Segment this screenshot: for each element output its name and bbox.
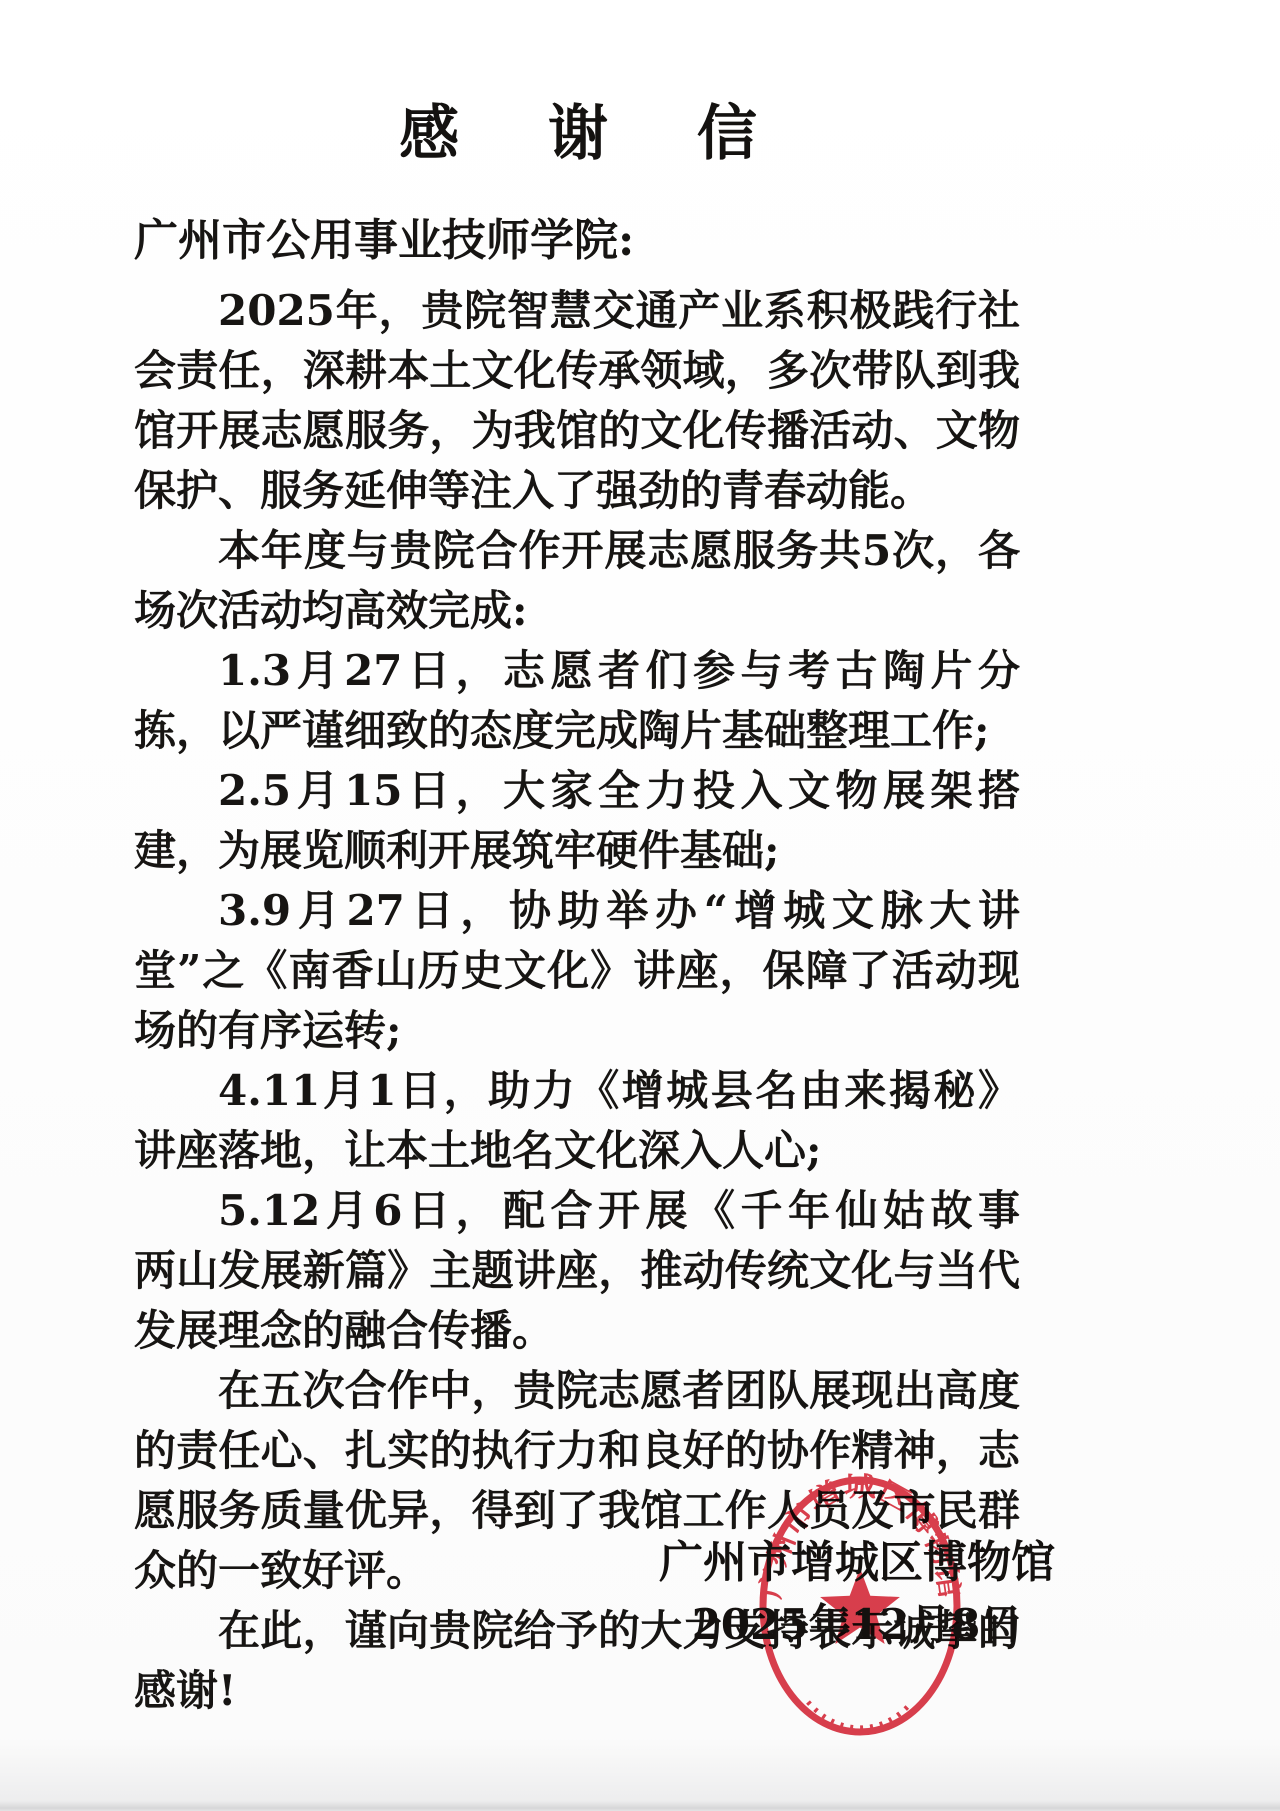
letter-paragraph: 本年度与贵院合作开展志愿服务共5次，各场次活动均高效完成: <box>134 521 1020 641</box>
signature-date: 2025年12月8日 <box>652 1592 1062 1652</box>
letter-photo: 感 谢 信 广州市公用事业技师学院: 2025年，贵院智慧交通产业系积极践行社会… <box>0 0 1280 1811</box>
letter-paragraph: 2025年，贵院智慧交通产业系积极践行社会责任，深耕本土文化传承领域，多次带队到… <box>134 281 1020 521</box>
letter-paragraph: 3.9月27日，协助举办“增城文脉大讲堂”之《南香山历史文化》讲座，保障了活动现… <box>134 881 1020 1061</box>
letter-paragraph: 1.3月27日，志愿者们参与考古陶片分拣，以严谨细致的态度完成陶片基础整理工作; <box>134 641 1020 761</box>
photo-bottom-edge <box>0 1801 1280 1811</box>
salutation: 广州市公用事业技师学院: <box>134 204 634 268</box>
letter-title: 感 谢 信 <box>0 86 1190 172</box>
letter-paragraph: 2.5月15日，大家全力投入文物展架搭建，为展览顺利开展筑牢硬件基础; <box>134 761 1020 881</box>
letter-paragraph: 5.12月6日，配合开展《千年仙姑故事 两山发展新篇》主题讲座，推动传统文化与当… <box>134 1181 1020 1361</box>
letter-paragraph: 4.11月1日，助力《增城县名由来揭秘》讲座落地，让本土地名文化深入人心; <box>134 1061 1020 1181</box>
signature-org: 广州市增城区博物馆 <box>652 1526 1062 1590</box>
